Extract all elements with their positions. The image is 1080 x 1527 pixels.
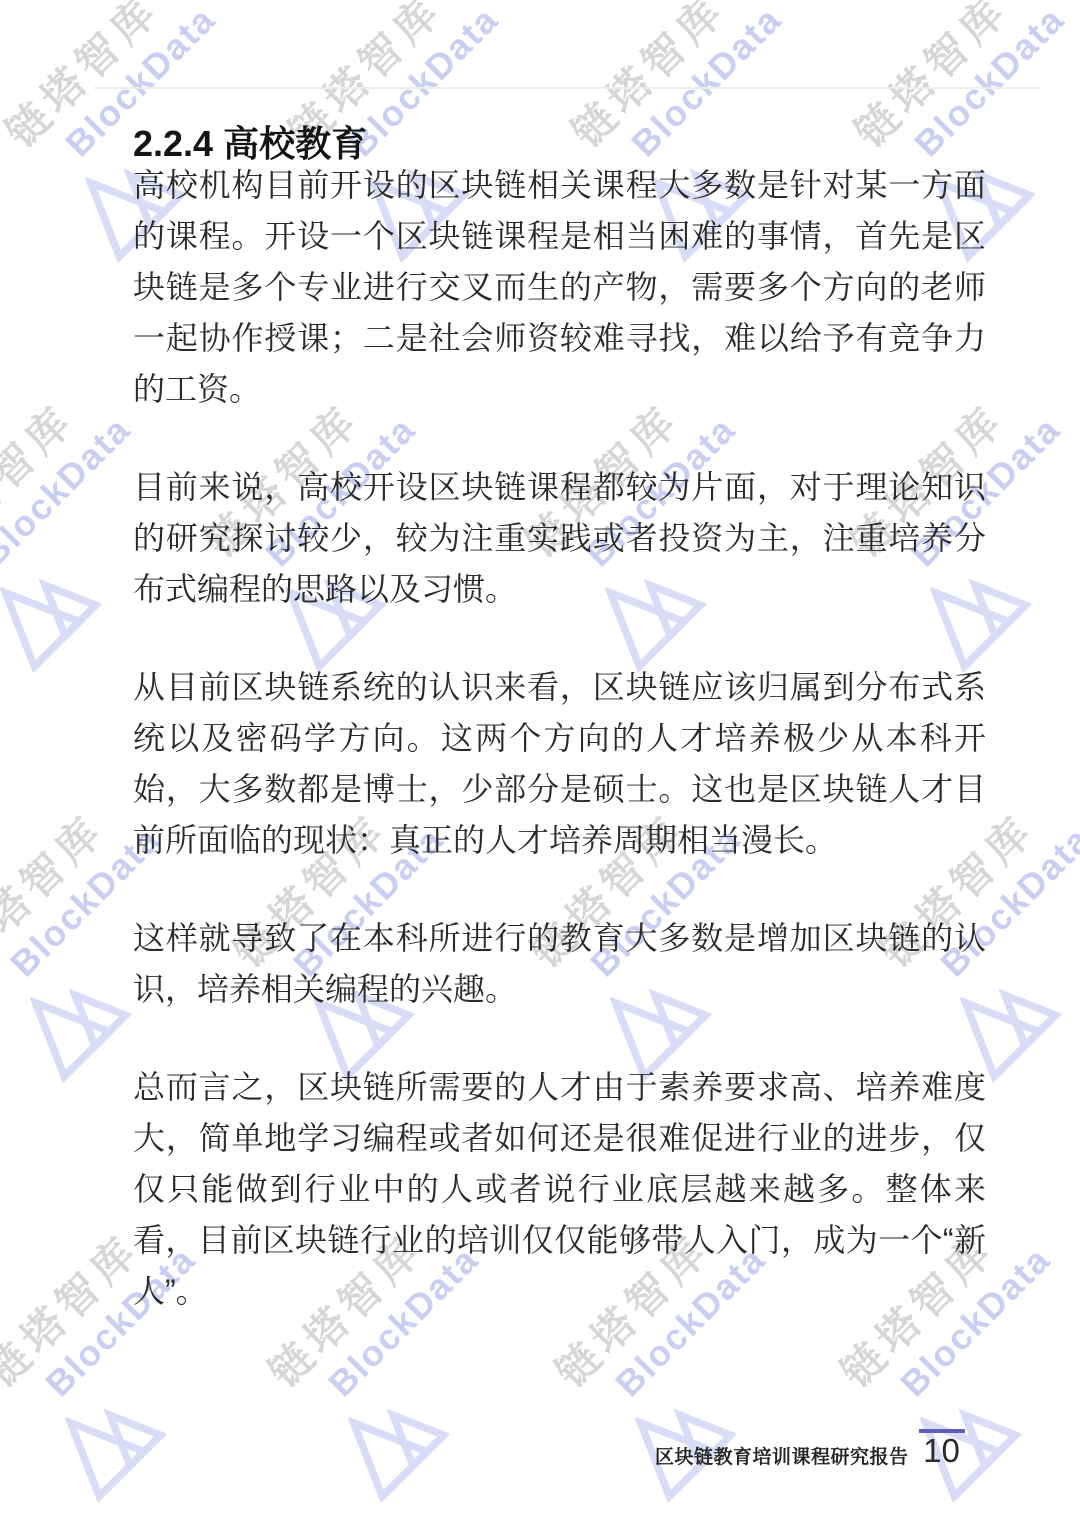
body-paragraph: 高校机构目前开设的区块链相关课程大多数是针对某一方面的课程。开设一个区块链课程是…: [133, 160, 986, 415]
body-paragraph: 这样就导致了在本科所进行的教育大多数是增加区块链的认识，培养相关编程的兴趣。: [133, 913, 986, 1015]
page: 链塔智库 BlockData 链塔智库 BlockData 链塔智库 Block…: [0, 0, 1080, 1527]
body-paragraph: 目前来说，高校开设区块链课程都较为片面，对于理论知识的研究探讨较少，较为注重实践…: [133, 462, 986, 615]
report-title: 区块链教育培训课程研究报告: [655, 1442, 909, 1469]
page-content: 2.2.4 高校教育 高校机构目前开设的区块链相关课程大多数是针对某一方面的课程…: [0, 0, 1080, 1527]
body-paragraph: 总而言之，区块链所需要的人才由于素养要求高、培养难度大，简单地学习编程或者如何还…: [133, 1062, 986, 1317]
page-number: 10: [919, 1429, 965, 1469]
body-paragraph: 从目前区块链系统的认识来看，区块链应该归属到分布式系统以及密码学方向。这两个方向…: [133, 662, 986, 866]
section-heading: 2.2.4 高校教育: [133, 122, 367, 165]
body-text: 高校机构目前开设的区块链相关课程大多数是针对某一方面的课程。开设一个区块链课程是…: [133, 160, 986, 1364]
top-rule: [94, 87, 1040, 89]
page-footer: 区块链教育培训课程研究报告 10: [655, 1429, 965, 1469]
